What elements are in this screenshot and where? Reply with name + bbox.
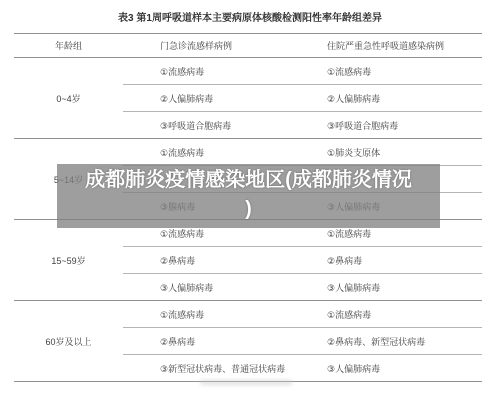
headline-text-line2: ) xyxy=(245,195,252,224)
pathogen-cell: ①流感病毒 xyxy=(123,139,290,166)
screenshot-root: 表3 第1周呼吸道样本主要病原体核酸检测阳性率年龄组差异 年龄组 门急诊流感样病… xyxy=(0,0,500,393)
pathogen-cell: ①肺炎支原体 xyxy=(290,139,482,166)
header-hospitalized-sari: 住院严重急性呼吸道感染病例 xyxy=(290,34,482,58)
pathogen-cell: ②鼻病毒 xyxy=(123,328,290,355)
table-row: 0~4岁 ①流感病毒 ①流感病毒 xyxy=(14,58,482,85)
pathogen-cell: ①流感病毒 xyxy=(123,58,290,85)
age-label: 0~4岁 xyxy=(14,58,123,139)
age-group-15-59: 15~59岁 ①流感病毒 ①流感病毒 ②鼻病毒 ②鼻病毒 ③人偏肺病毒 ③人偏肺… xyxy=(14,220,482,301)
pathogen-cell: ①流感病毒 xyxy=(290,301,482,328)
pathogen-cell: ①流感病毒 xyxy=(290,58,482,85)
pathogen-cell: ③呼吸道合胞病毒 xyxy=(290,112,482,139)
age-group-0-4: 0~4岁 ①流感病毒 ①流感病毒 ②人偏肺病毒 ②人偏肺病毒 ③呼吸道合胞病毒 … xyxy=(14,58,482,139)
pathogen-cell: ②鼻病毒 xyxy=(123,247,290,274)
pathogen-cell: ②鼻病毒、新型冠状病毒 xyxy=(290,328,482,355)
header-outpatient-ili: 门急诊流感样病例 xyxy=(123,34,290,58)
age-label: 15~59岁 xyxy=(14,220,123,301)
header-age-group: 年龄组 xyxy=(14,34,123,58)
pathogen-cell: ③人偏肺病毒 xyxy=(123,274,290,301)
age-label: 60岁及以上 xyxy=(14,301,123,382)
pathogen-cell: ②鼻病毒 xyxy=(290,247,482,274)
pathogen-cell: ②人偏肺病毒 xyxy=(290,85,482,112)
pathogen-cell: ③呼吸道合胞病毒 xyxy=(123,112,290,139)
watermark-smudge xyxy=(200,380,292,385)
pathogen-cell: ③人偏肺病毒 xyxy=(290,274,482,301)
table-row: 60岁及以上 ①流感病毒 ①流感病毒 xyxy=(14,301,482,328)
age-group-60-plus: 60岁及以上 ①流感病毒 ①流感病毒 ②鼻病毒 ②鼻病毒、新型冠状病毒 ③新型冠… xyxy=(14,301,482,382)
headline-text-line1: 成都肺炎疫情感染地区(成都肺炎情况 xyxy=(85,166,412,195)
pathogen-cell: ③新型冠状病毒、普通冠状病毒 xyxy=(123,355,290,382)
table-row: 5~14岁 ①流感病毒 ①肺炎支原体 xyxy=(14,139,482,166)
headline-overlay: 成都肺炎疫情感染地区(成都肺炎情况 ) xyxy=(57,164,440,228)
pathogen-cell: ①流感病毒 xyxy=(123,301,290,328)
pathogen-cell: ③人偏肺病毒 xyxy=(290,355,482,382)
table-caption: 表3 第1周呼吸道样本主要病原体核酸检测阳性率年龄组差异 xyxy=(0,9,500,24)
table-header: 年龄组 门急诊流感样病例 住院严重急性呼吸道感染病例 xyxy=(14,34,482,58)
pathogen-cell: ②人偏肺病毒 xyxy=(123,85,290,112)
